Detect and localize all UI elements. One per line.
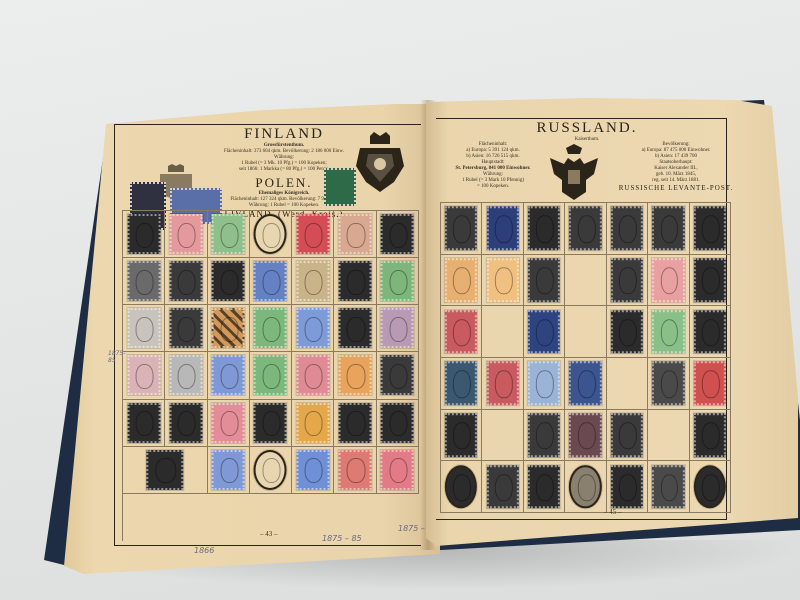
stamp (445, 362, 477, 406)
stamp-slot (607, 203, 648, 255)
stamp (528, 310, 560, 354)
stamp (528, 465, 560, 509)
stamp-slot-empty (565, 306, 606, 358)
stamp-slot (524, 461, 565, 513)
stamp-slot (690, 255, 731, 307)
stamp (254, 355, 287, 395)
finland-crest-icon (354, 132, 406, 194)
stamp-slot (334, 211, 376, 258)
finland-title: FINLAND (204, 126, 364, 143)
stamp-slot (690, 410, 731, 462)
stamp-slot (250, 352, 292, 399)
stamp (652, 310, 684, 354)
stamp (528, 362, 560, 406)
stamp-slot (165, 258, 207, 305)
stamp (212, 261, 245, 301)
stamp (324, 168, 356, 206)
stamp-slot (377, 305, 419, 352)
stamp (212, 308, 245, 348)
stamp-slot (482, 255, 523, 307)
stamp-slot (690, 203, 731, 255)
stamp-slot (123, 258, 165, 305)
stamp-slot (123, 211, 165, 258)
stamp (339, 355, 372, 395)
stamp-slot (524, 410, 565, 462)
stamp (381, 403, 414, 443)
stamp-slot (690, 306, 731, 358)
stamp (254, 403, 287, 443)
stamp-slot (123, 305, 165, 352)
stamp-slot (292, 258, 334, 305)
stamp-slot (377, 447, 419, 494)
stamp (296, 450, 329, 490)
stamp-slot (524, 306, 565, 358)
stamp (694, 465, 726, 509)
stamp (339, 403, 372, 443)
stamp-slot (482, 203, 523, 255)
stamp (381, 450, 414, 490)
stamp (212, 355, 245, 395)
stamp-slot (565, 358, 606, 410)
stamp-slot (292, 352, 334, 399)
stamp (611, 310, 643, 354)
stamp-slot (690, 358, 731, 410)
stamp-slot (123, 447, 208, 494)
stamp-slot (377, 352, 419, 399)
stamp (169, 355, 202, 395)
stamp (486, 258, 518, 302)
stamp (445, 413, 477, 457)
stamp-slot (565, 410, 606, 462)
stamp (339, 308, 372, 348)
stamp (694, 258, 726, 302)
stamp (486, 207, 518, 251)
stamp (569, 362, 601, 406)
handwritten-note: 1875-85 (108, 350, 122, 364)
stamp-slot-empty (482, 306, 523, 358)
stamp (212, 214, 245, 254)
stamp (528, 413, 560, 457)
info-line: = 100 Kopeken. (438, 184, 548, 190)
stamp (339, 214, 372, 254)
stamp (652, 465, 684, 509)
stamp-slot (441, 461, 482, 513)
stamp (569, 413, 601, 457)
stamp (445, 207, 477, 251)
stamp (296, 308, 329, 348)
stamp-slot (607, 306, 648, 358)
stamp (339, 450, 372, 490)
stamp-slot (441, 358, 482, 410)
russia-left-info: Flächeninhalt: a) Europa: 5 391 124 qkm.… (438, 142, 548, 190)
stamp-slot (648, 203, 689, 255)
stamp (254, 308, 287, 348)
stamp-slot (250, 400, 292, 447)
stamp (212, 403, 245, 443)
stamp-slot (524, 358, 565, 410)
stamp-slot (165, 400, 207, 447)
stamp-slot (165, 352, 207, 399)
stamp-slot (292, 211, 334, 258)
stamp-slot (334, 352, 376, 399)
stamp-slot (165, 211, 207, 258)
stamp (169, 403, 202, 443)
stamp (296, 261, 329, 301)
stamp (611, 465, 643, 509)
stamp-slot (377, 400, 419, 447)
stamp (528, 207, 560, 251)
russia-title: RUSSLAND. (522, 120, 652, 137)
stamp-slot (690, 461, 731, 513)
stamp-slot (441, 255, 482, 307)
stamp (339, 261, 372, 301)
stamp-slot (250, 258, 292, 305)
stamp (445, 258, 477, 302)
left-page: FINLAND Grossfürstenthum. Flächeninhalt:… (64, 104, 440, 574)
stamp-slot (607, 255, 648, 307)
stamp-slot (123, 400, 165, 447)
page-number: – 45 – (604, 508, 622, 516)
stamp-slot (334, 447, 376, 494)
stamp (169, 308, 202, 348)
stamp-slot (334, 305, 376, 352)
stamp-slot (565, 461, 606, 513)
stamp (652, 258, 684, 302)
stamp-slot (377, 211, 419, 258)
stamp-slot-empty (565, 255, 606, 307)
stamp-slot (334, 258, 376, 305)
stamp-slot (292, 305, 334, 352)
stamp (381, 308, 414, 348)
stamp-slot (250, 447, 292, 494)
stamp (254, 450, 287, 490)
stamp-slot (565, 203, 606, 255)
stamp-slot (208, 211, 250, 258)
russia-header: RUSSLAND. Kaiserthum. (522, 120, 652, 143)
stamp-slot (292, 400, 334, 447)
stamp (254, 261, 287, 301)
stamp (611, 258, 643, 302)
stamp-slot (648, 255, 689, 307)
stamp (381, 355, 414, 395)
stamp-slot (165, 305, 207, 352)
stamp-slot (123, 352, 165, 399)
stamp-slot (524, 255, 565, 307)
stamp (528, 258, 560, 302)
stamp-slot (607, 410, 648, 462)
stamp-slot (208, 447, 250, 494)
page-number: – 43 – (260, 530, 278, 538)
stamp-slot (482, 461, 523, 513)
stamp (694, 362, 726, 406)
stamp (127, 261, 160, 301)
stamp (652, 207, 684, 251)
stamp-slot (250, 305, 292, 352)
stamp-slot (482, 358, 523, 410)
stamp (296, 355, 329, 395)
handwritten-note: 1875 – 85 (322, 534, 362, 543)
stamp-slot (250, 211, 292, 258)
stamp (694, 310, 726, 354)
stamp-slot (208, 258, 250, 305)
stamp-slot (208, 352, 250, 399)
stamp-slot (208, 400, 250, 447)
stamp (486, 465, 518, 509)
stamp (127, 355, 160, 395)
stamp (486, 362, 518, 406)
stamp-slot (292, 447, 334, 494)
stamp-slot (648, 358, 689, 410)
stamp (127, 403, 160, 443)
stamp-slot (441, 306, 482, 358)
stamp-slot-empty (648, 410, 689, 462)
stamp (569, 207, 601, 251)
stamp (694, 207, 726, 251)
stamp (169, 214, 202, 254)
stamp (169, 261, 202, 301)
stamp (381, 261, 414, 301)
stamp (445, 465, 477, 509)
stamp (445, 310, 477, 354)
russia-eagle-crest-icon (546, 144, 602, 202)
stamp-slot (208, 305, 250, 352)
stamp-slot-empty (482, 410, 523, 462)
stamp (254, 214, 287, 254)
right-stamp-grid (440, 202, 731, 513)
left-stamp-grid (122, 210, 419, 541)
stamp-slot (524, 203, 565, 255)
stamp (146, 450, 183, 490)
stamp (296, 214, 329, 254)
stamp-slot (607, 461, 648, 513)
stamp (611, 207, 643, 251)
stamp-slot (648, 461, 689, 513)
stamp-slot (441, 410, 482, 462)
handwritten-note: 1866 (194, 546, 214, 555)
stamp (569, 465, 601, 509)
right-page: RUSSLAND. Kaiserthum. Flächeninhalt: a) … (426, 98, 798, 546)
russia-right-info: Bevölkerung: a) Europa: 87 475 000 Einwo… (616, 142, 736, 192)
stamp (381, 214, 414, 254)
stamp-slot (334, 400, 376, 447)
stamp-slot (648, 306, 689, 358)
levante-title: RUSSISCHE LEVANTE-POST. (616, 184, 736, 192)
stamp (127, 308, 160, 348)
stamp-slot (441, 203, 482, 255)
stamp (212, 450, 245, 490)
stamp (652, 362, 684, 406)
stamp (127, 214, 160, 254)
stamp (694, 413, 726, 457)
stamp-slot (377, 258, 419, 305)
stamp (611, 413, 643, 457)
stamp-slot-empty (607, 358, 648, 410)
stamp (296, 403, 329, 443)
